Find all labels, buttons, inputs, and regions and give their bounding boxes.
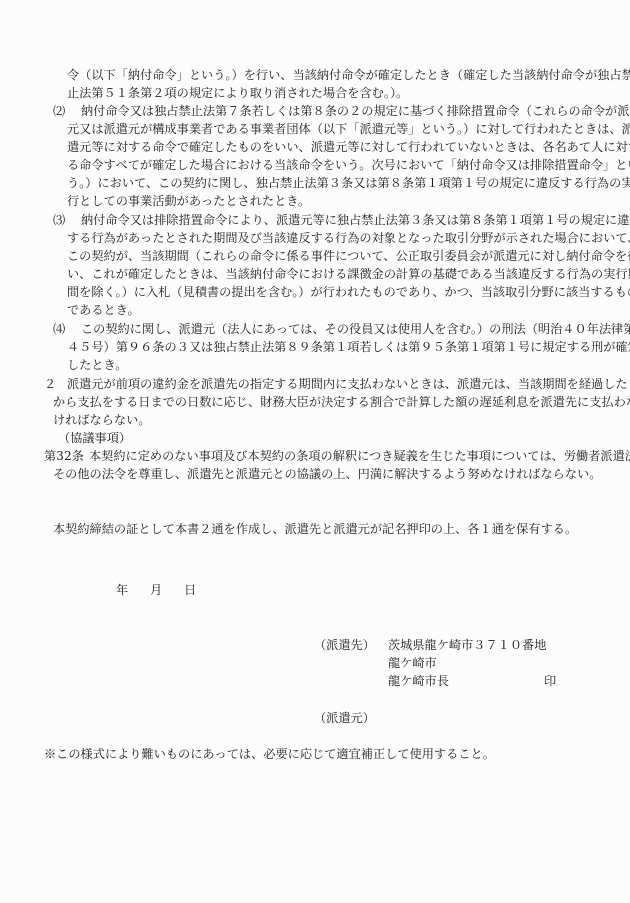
client-seal-mark: 印	[544, 672, 556, 690]
item-2-line-4: る命令すべてが確定した場合における当該命令をいう。次号において「納付命令又は排除…	[67, 156, 630, 174]
article-32-number: 第32条	[44, 447, 84, 465]
client-address: 茨城県龍ケ崎市３７１０番地	[388, 636, 546, 654]
item-3-line-6: であるとき。	[67, 301, 140, 319]
item-3-line-3: この契約が、当該期間（これらの命令に係る事件について、公正取引委員会が派遣元に対…	[67, 247, 630, 265]
item-3-line-2: する行為があったとされた期間及び当該違反する行為の対象となった取引分野が示された…	[67, 229, 630, 247]
item-4-line-1: この契約に関し、派遣元（法人にあっては、その役員又は使用人を含む。）の刑法（明治…	[81, 320, 630, 338]
closing-statement: 本契約締結の証として本書２通を作成し、派遣先と派遣元が記名押印の上、各１通を保有…	[53, 520, 577, 538]
item-3-line-4: い、これが確定したときは、当該納付命令における課徴金の計算の基礎である当該違反す…	[67, 265, 630, 283]
item-3-line-5: 間を除く。）に入札（見積書の提出を含む。）が行われたものであり、かつ、当該取引分…	[67, 283, 630, 301]
item-2-line-6: 行としての事業活動があったとされたとき。	[67, 192, 310, 210]
item-2-line-2: 元又は派遣元が構成事業者である事業者団体（以下「派遣元等」という。）に対して行わ…	[67, 120, 630, 138]
dispatcher-label: （派遣元）	[314, 709, 375, 727]
item-2-number: ⑵	[53, 102, 65, 120]
continuation-line-1: 令（以下「納付命令」という。）を行い、当該納付命令が確定したとき（確定した当該納…	[67, 66, 630, 84]
paragraph-2-number: ２	[44, 375, 56, 393]
item-2-line-1: 納付命令又は独占禁止法第７条若しくは第８条の２の規定に基づく排除措置命令（これら…	[81, 102, 630, 120]
date-year-label: 年	[116, 581, 128, 599]
continuation-line-2: 止法第５１条第２項の規定により取り消された場合を含む。）。	[67, 84, 408, 102]
item-4-line-2: ４５号）第９６条の３又は独占禁止法第８９条第１項若しくは第９５条第１項第１号に規…	[67, 338, 630, 356]
paragraph-2-line-2: から支払をする日までの日数に応じ、財務大臣が決定する割合で計算した額の遅延利息を…	[53, 393, 630, 411]
client-label: （派遣先）	[314, 636, 375, 654]
item-3-number: ⑶	[53, 211, 65, 229]
item-2-line-3: 遣元等に対する命令で確定したものをいい、派遣元等に対して行われていないときは、各…	[67, 138, 630, 156]
paragraph-2-line-1: 派遣元が前項の違約金を派遣先の指定する期間内に支払わないときは、派遣元は、当該期…	[67, 375, 630, 393]
date-month-label: 月	[150, 581, 162, 599]
item-3-line-1: 納付命令又は排除措置命令により、派遣元等に独占禁止法第３条又は第８条第１項第１号…	[81, 211, 630, 229]
item-4-number: ⑷	[53, 320, 65, 338]
item-2-line-5: う。）において、この契約に関し、独占禁止法第３条又は第８条第１項第１号の規定に違…	[67, 174, 630, 192]
client-representative: 龍ケ崎市長	[388, 672, 449, 690]
article-32-caption: （協議事項）	[58, 429, 131, 447]
client-name: 龍ケ崎市	[388, 654, 437, 672]
article-32-line-1: 本契約に定めのない事項及び本契約の条項の解釈につき疑義を生じた事項については、労…	[89, 447, 630, 465]
date-day-label: 日	[184, 581, 196, 599]
usage-note: ※この様式により難いものにあっては、必要に応じて適宜補正して使用すること。	[44, 745, 495, 763]
item-4-line-3: したとき。	[67, 356, 127, 374]
article-32-line-2: その他の法令を尊重し、派遣先と派遣元との協議の上、円満に解決するよう努めなければ…	[53, 465, 601, 483]
paragraph-2-line-3: ければならない。	[53, 411, 151, 429]
